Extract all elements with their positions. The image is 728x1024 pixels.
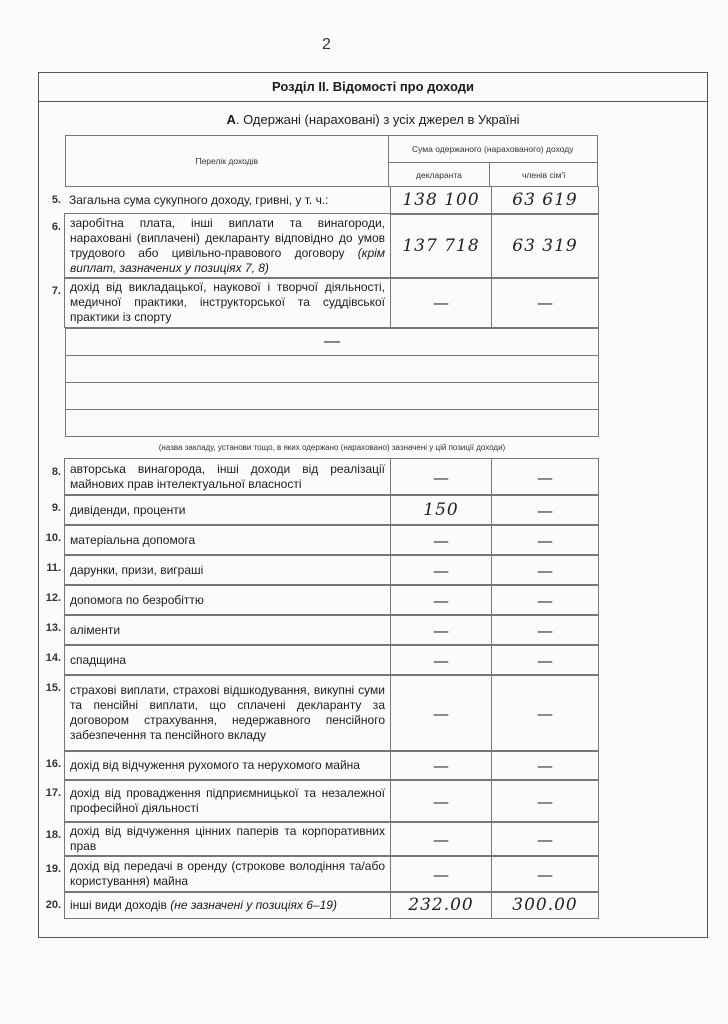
income-label-text: заробітна плата, інші виплати та винагор… — [70, 216, 385, 260]
income-label-note: (не зазначені у позиціях 6–19) — [167, 898, 337, 912]
income-label-text: Загальна сума сукупного доходу, гривні, … — [69, 193, 329, 207]
income-label-text: дохід від викладацької, наукової і творч… — [70, 280, 385, 324]
institution-line[interactable] — [65, 355, 599, 383]
declarant-amount[interactable]: — — [390, 779, 492, 823]
family-amount[interactable]: — — [491, 458, 599, 496]
income-label: дохід від викладацької, наукової і творч… — [64, 277, 391, 328]
row-number: 14. — [39, 645, 65, 676]
row-number: 10. — [39, 525, 65, 556]
family-amount[interactable]: — — [491, 750, 599, 781]
income-label-text: авторська винагорода, інші доходи від ре… — [70, 462, 385, 491]
declarant-amount[interactable]: — — [390, 524, 492, 556]
table-row: 11.дарунки, призи, виграші—— — [39, 555, 599, 586]
family-amount[interactable]: — — [491, 821, 599, 857]
income-label: авторська винагорода, інші доходи від ре… — [64, 458, 391, 496]
declarant-amount[interactable]: 232.00 — [390, 891, 492, 919]
income-label-text: дохід від передачі в оренду (строкове во… — [70, 859, 385, 888]
declarant-amount[interactable]: — — [390, 750, 492, 781]
header-list-label: Перелік доходів — [66, 136, 389, 187]
declarant-amount[interactable]: 137 718 — [390, 213, 492, 279]
table-row: 9.дивіденди, проценти150— — [39, 495, 599, 526]
family-amount[interactable]: — — [491, 524, 599, 556]
declarant-amount[interactable]: — — [390, 584, 492, 616]
header-amount-label: Сума одержаного (нарахованого) доходу — [388, 136, 598, 163]
row-number: 17. — [39, 780, 65, 823]
family-amount[interactable]: — — [491, 674, 599, 752]
header-declarant: декларанта — [388, 163, 490, 187]
declarant-amount[interactable]: 138 100 — [390, 186, 492, 215]
institution-line[interactable] — [65, 409, 599, 437]
income-label: інші види доходів (не зазначені у позиці… — [64, 891, 391, 919]
table-row: 7.дохід від викладацької, наукової і тво… — [39, 278, 599, 328]
row-number: 7. — [39, 278, 65, 328]
table-row: 5.Загальна сума сукупного доходу, гривні… — [39, 187, 599, 215]
income-label-text: страхові виплати, страхові відшкодування… — [70, 683, 385, 742]
institution-footnote: (назва закладу, установи тощо, в яких од… — [65, 443, 599, 452]
table-header: Перелік доходів Сума одержаного (нарахов… — [65, 135, 598, 187]
subsection-title: А. Одержані (нараховані) з усіх джерел в… — [39, 112, 707, 127]
income-label-text: спадщина — [70, 653, 126, 667]
income-label: заробітна плата, інші виплати та винагор… — [64, 213, 391, 279]
subsection-text: . Одержані (нараховані) з усіх джерел в … — [236, 112, 520, 127]
family-amount[interactable]: — — [491, 644, 599, 676]
income-label: дивіденди, проценти — [64, 494, 391, 526]
table-row: 14.спадщина—— — [39, 645, 599, 676]
table-row: 19.дохід від передачі в оренду (строкове… — [39, 856, 599, 893]
income-label-text: аліменти — [70, 623, 120, 637]
income-label: дохід від відчуження рухомого та нерухом… — [64, 750, 391, 781]
income-label-text: дохід від відчуження цінних паперів та к… — [70, 824, 385, 853]
family-amount[interactable]: — — [491, 494, 599, 526]
subsection-letter: А — [226, 112, 235, 127]
income-label: спадщина — [64, 644, 391, 676]
income-label: аліменти — [64, 614, 391, 646]
row-number: 8. — [39, 459, 65, 496]
family-amount[interactable]: — — [491, 277, 599, 328]
income-label: Загальна сума сукупного доходу, гривні, … — [64, 186, 391, 215]
income-label-text: дарунки, призи, виграші — [70, 563, 203, 577]
family-amount[interactable]: — — [491, 855, 599, 893]
declarant-amount[interactable]: — — [390, 458, 492, 496]
table-row: 10.матеріальна допомога—— — [39, 525, 599, 556]
income-label: матеріальна допомога — [64, 524, 391, 556]
table-row: 6.заробітна плата, інші виплати та винаг… — [39, 214, 599, 279]
header-family: членів сім'ї — [490, 163, 598, 187]
row-number: 6. — [39, 214, 65, 279]
family-amount[interactable]: — — [491, 584, 599, 616]
income-label: страхові виплати, страхові відшкодування… — [64, 674, 391, 752]
family-amount[interactable]: 63 319 — [491, 213, 599, 279]
income-label-text: матеріальна допомога — [70, 533, 195, 547]
income-label-text: дохід від провадження підприємницької та… — [70, 786, 385, 815]
declarant-amount[interactable]: — — [390, 644, 492, 676]
family-amount[interactable]: — — [491, 614, 599, 646]
declarant-amount[interactable]: 150 — [390, 494, 492, 526]
row-number: 18. — [39, 822, 65, 857]
income-section-frame: Розділ II. Відомості про доходи А. Одерж… — [38, 72, 708, 938]
row-number: 13. — [39, 615, 65, 646]
declarant-amount[interactable]: — — [390, 821, 492, 857]
income-label-text: дивіденди, проценти — [70, 503, 186, 517]
income-label-text: інші види доходів — [70, 898, 167, 912]
family-amount[interactable]: — — [491, 554, 599, 586]
row-number: 16. — [39, 751, 65, 781]
table-row: 17.дохід від провадження підприємницької… — [39, 780, 599, 823]
row-number: 15. — [39, 675, 65, 752]
row-number: 11. — [39, 555, 65, 586]
page-number: 2 — [322, 36, 331, 54]
income-label: дарунки, призи, виграші — [64, 554, 391, 586]
table-row: 12.допомога по безробіттю—— — [39, 585, 599, 616]
row-number: 19. — [39, 856, 65, 893]
income-label-text: допомога по безробіттю — [70, 593, 204, 607]
row-number: 12. — [39, 585, 65, 616]
income-label: дохід від провадження підприємницької та… — [64, 779, 391, 823]
section-title: Розділ II. Відомості про доходи — [39, 73, 707, 102]
family-amount[interactable]: 63 619 — [491, 186, 599, 215]
family-amount[interactable]: — — [491, 779, 599, 823]
row-number: 9. — [39, 495, 65, 526]
income-label: допомога по безробіттю — [64, 584, 391, 616]
table-row: 18.дохід від відчуження цінних паперів т… — [39, 822, 599, 857]
table-row: 15.страхові виплати, страхові відшкодува… — [39, 675, 599, 752]
institution-line[interactable] — [65, 382, 599, 410]
family-amount[interactable]: 300.00 — [491, 891, 599, 919]
row-number: 5. — [39, 187, 65, 215]
table-row: 13.аліменти—— — [39, 615, 599, 646]
income-label: дохід від передачі в оренду (строкове во… — [64, 855, 391, 893]
institution-line[interactable]: — — [65, 328, 599, 356]
table-row: 20.інші види доходів (не зазначені у поз… — [39, 892, 599, 919]
declarant-amount[interactable]: — — [390, 674, 492, 752]
table-row: 16.дохід від відчуження рухомого та неру… — [39, 751, 599, 781]
declarant-amount[interactable]: — — [390, 614, 492, 646]
income-label: дохід від відчуження цінних паперів та к… — [64, 821, 391, 857]
declarant-amount[interactable]: — — [390, 554, 492, 586]
income-label-text: дохід від відчуження рухомого та нерухом… — [70, 758, 360, 772]
declarant-amount[interactable]: — — [390, 855, 492, 893]
table-row: 8.авторська винагорода, інші доходи від … — [39, 459, 599, 496]
declarant-amount[interactable]: — — [390, 277, 492, 328]
row-number: 20. — [39, 892, 65, 919]
